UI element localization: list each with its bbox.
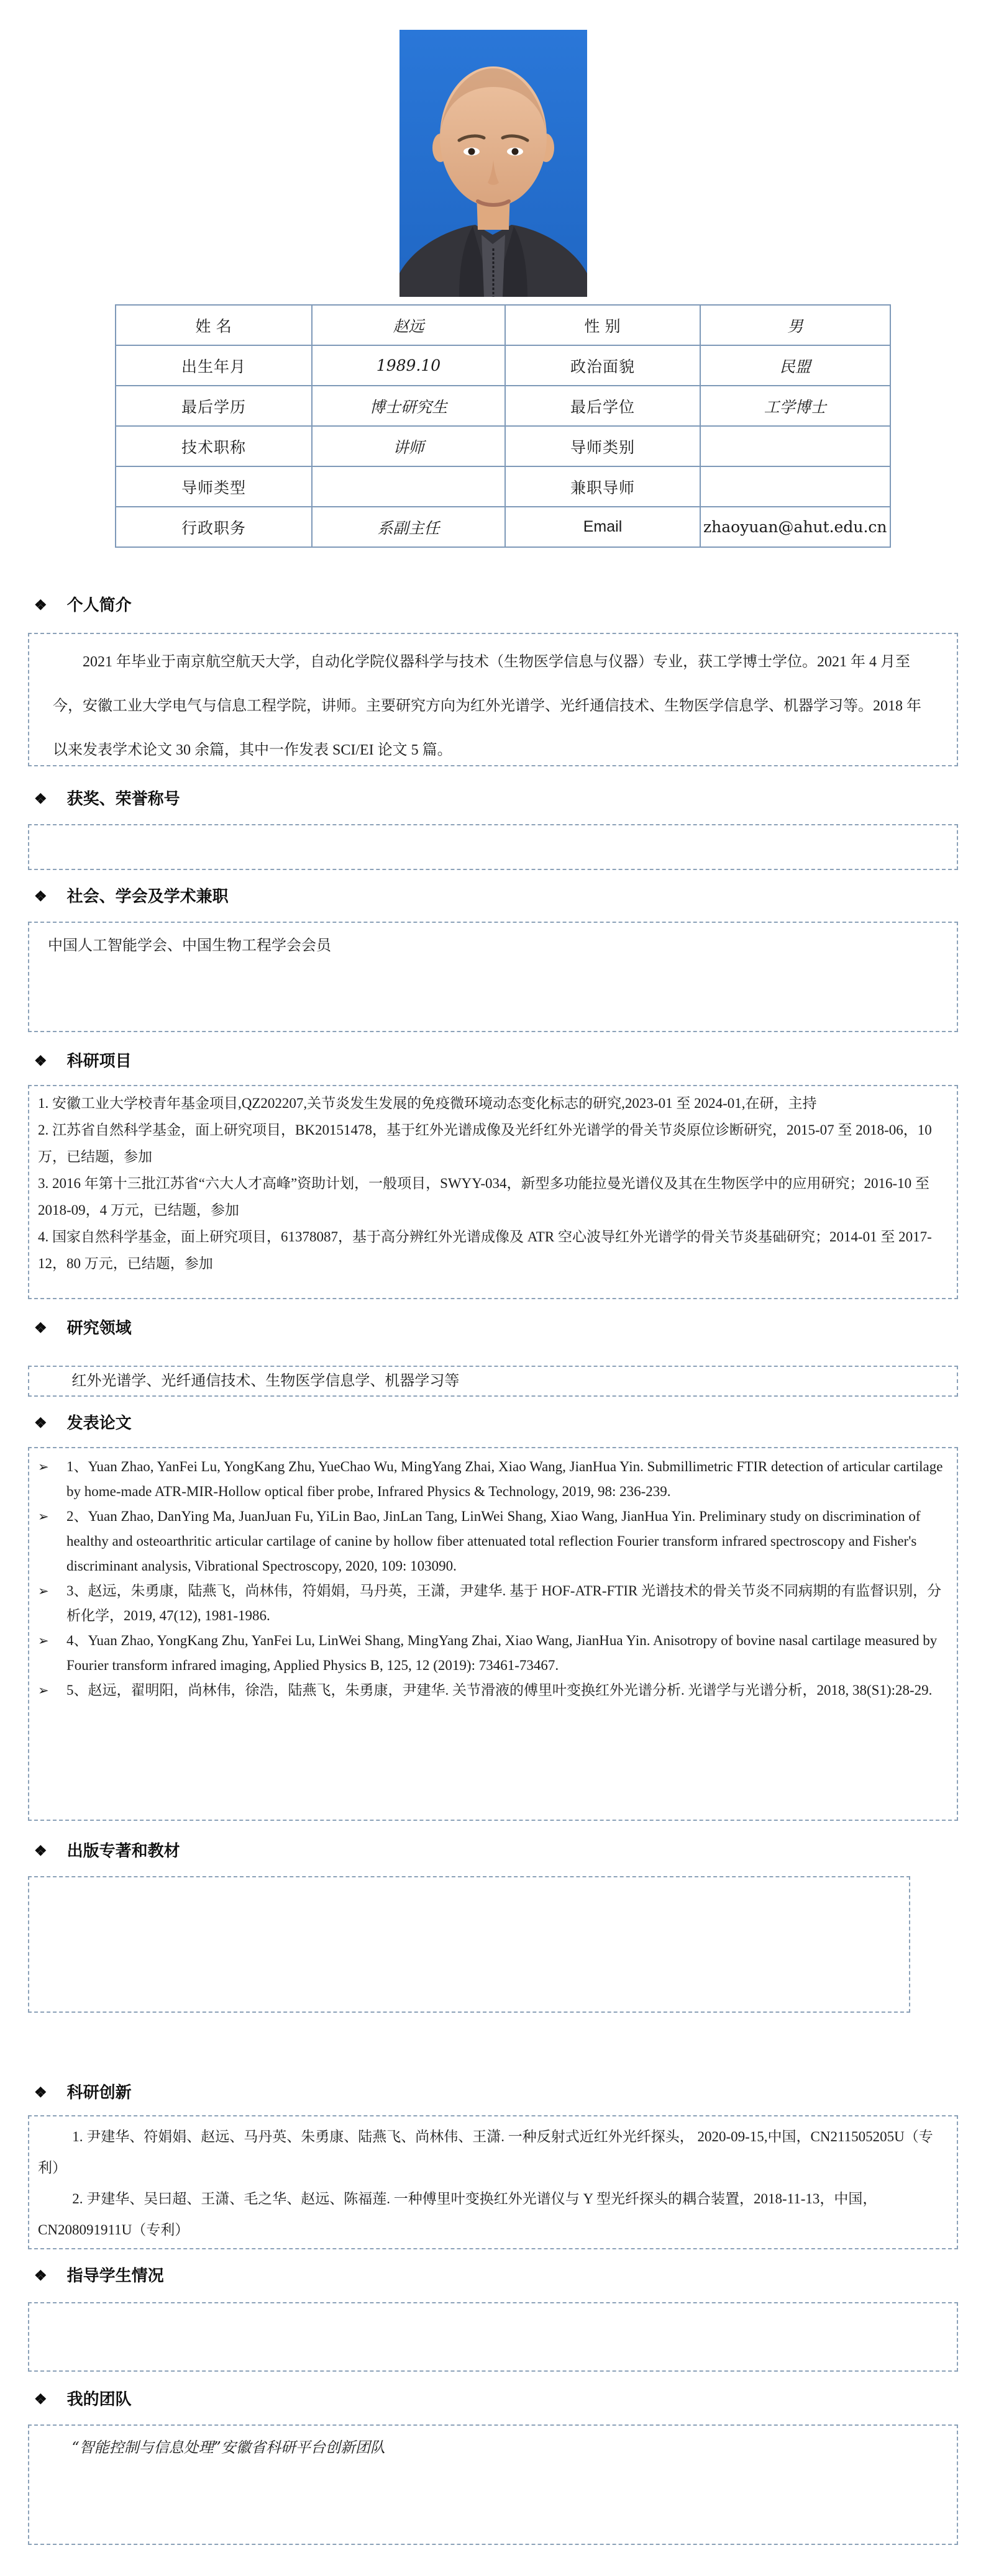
section-box-awards xyxy=(28,824,958,870)
section-title: 科研创新 xyxy=(67,2082,132,2103)
section-box-projects: 1. 安徽工业大学校青年基金项目,QZ202207,关节炎发生发展的免疫微环境动… xyxy=(28,1085,958,1299)
section-box-research-areas: 红外光谱学、光纤通信技术、生物医学信息学、机器学习等 xyxy=(28,1366,958,1397)
field-value xyxy=(312,466,505,507)
diamond-bullet-icon: ❖ xyxy=(34,1318,47,1339)
field-label: 政治面貌 xyxy=(505,345,700,386)
patent-item: 2. 尹建华、吴曰超、王潇、毛之华、赵远、陈福莲. 一种傅里叶变换红外光谱仪与 … xyxy=(38,2184,948,2246)
section-header-team: ❖ 我的团队 xyxy=(34,2389,986,2411)
team-paragraph: “智能控制与信息处理”安徽省科研平台创新团队 xyxy=(48,2433,938,2462)
research-areas-paragraph: 红外光谱学、光纤通信技术、生物医学信息学、机器学习等 xyxy=(48,1367,938,1395)
section-title: 社会、学会及学术兼职 xyxy=(67,886,229,907)
section-header-innovation: ❖ 科研创新 xyxy=(34,2082,986,2104)
section-title: 获奖、荣誉称号 xyxy=(67,789,180,810)
diamond-bullet-icon: ❖ xyxy=(34,1841,47,1862)
publication-item: ➢ 1、Yuan Zhao, YanFei Lu, YongKang Zhu, … xyxy=(66,1454,948,1504)
section-header-publications: ❖ 发表论文 xyxy=(34,1413,986,1435)
patent-item: 1. 尹建华、符娟娟、赵远、马丹英、朱勇康、陆燕飞、尚林伟、王潇. 一种反射式近… xyxy=(38,2121,948,2184)
section-title: 发表论文 xyxy=(67,1413,132,1434)
field-value: 1989.10 xyxy=(312,345,505,386)
table-row: 技术职称 讲师 导师类别 xyxy=(116,426,890,466)
field-value xyxy=(700,466,890,507)
intro-paragraph: 2021 年毕业于南京航空航天大学，自动化学院仪器科学与技术（生物医学信息与仪器… xyxy=(53,640,933,766)
publication-list: ➢ 1、Yuan Zhao, YanFei Lu, YongKang Zhu, … xyxy=(38,1454,948,1703)
section-title: 研究领域 xyxy=(67,1318,132,1339)
field-label: 技术职称 xyxy=(116,426,312,466)
diamond-bullet-icon: ❖ xyxy=(34,595,47,616)
section-box-publications: ➢ 1、Yuan Zhao, YanFei Lu, YongKang Zhu, … xyxy=(28,1447,958,1821)
table-row: 出生年月 1989.10 政治面貌 民盟 xyxy=(116,345,890,386)
section-title: 指导学生情况 xyxy=(67,2265,164,2287)
table-row: 行政职务 系副主任 Email zhaoyuan@ahut.edu.cn xyxy=(116,507,890,547)
field-value: 系副主任 xyxy=(312,507,505,547)
section-header-books: ❖ 出版专著和教材 xyxy=(34,1841,986,1862)
project-item: 4. 国家自然科学基金，面上研究项目，61378087，基于高分辨红外光谱成像及… xyxy=(38,1223,948,1277)
field-label: 性 别 xyxy=(505,305,700,345)
diamond-bullet-icon: ❖ xyxy=(34,789,47,810)
diamond-bullet-icon: ❖ xyxy=(34,2265,47,2287)
section-header-memberships: ❖ 社会、学会及学术兼职 xyxy=(34,886,986,908)
membership-paragraph: 中国人工智能学会、中国生物工程学会会员 xyxy=(48,933,938,959)
arrow-bullet-icon: ➢ xyxy=(38,1628,49,1653)
field-value: 博士研究生 xyxy=(312,386,505,426)
diamond-bullet-icon: ❖ xyxy=(34,886,47,907)
section-title: 出版专著和教材 xyxy=(67,1841,180,1862)
field-label: 行政职务 xyxy=(116,507,312,547)
section-header-awards: ❖ 获奖、荣誉称号 xyxy=(34,789,986,810)
publication-text: 3、赵远，朱勇康，陆燕飞，尚林伟，符娟娟，马丹英，王潇，尹建华. 基于 HOF-… xyxy=(66,1583,941,1623)
publication-text: 4、Yuan Zhao, YongKang Zhu, YanFei Lu, Li… xyxy=(66,1633,937,1673)
field-value: 讲师 xyxy=(312,426,505,466)
section-box-books xyxy=(28,1876,910,2013)
field-label: 姓 名 xyxy=(116,305,312,345)
portrait-photo xyxy=(399,30,587,297)
project-item: 3. 2016 年第十三批江苏省“六大人才高峰”资助计划，一般项目，SWYY-0… xyxy=(38,1170,948,1223)
publication-item: ➢ 3、赵远，朱勇康，陆燕飞，尚林伟，符娟娟，马丹英，王潇，尹建华. 基于 HO… xyxy=(66,1579,948,1628)
field-label: 兼职导师 xyxy=(505,466,700,507)
section-box-students xyxy=(28,2302,958,2372)
diamond-bullet-icon: ❖ xyxy=(34,1413,47,1434)
email-value: zhaoyuan@ahut.edu.cn xyxy=(700,507,890,547)
field-value: 民盟 xyxy=(700,345,890,386)
publication-item: ➢ 2、Yuan Zhao, DanYing Ma, JuanJuan Fu, … xyxy=(66,1504,948,1579)
field-value xyxy=(700,426,890,466)
arrow-bullet-icon: ➢ xyxy=(38,1579,49,1603)
field-value: 男 xyxy=(700,305,890,345)
section-box-memberships: 中国人工智能学会、中国生物工程学会会员 xyxy=(28,922,958,1032)
email-label: Email xyxy=(505,507,700,547)
arrow-bullet-icon: ➢ xyxy=(38,1454,49,1479)
section-header-students: ❖ 指导学生情况 xyxy=(34,2265,986,2287)
project-item: 2. 江苏省自然科学基金，面上研究项目，BK20151478，基于红外光谱成像及… xyxy=(38,1117,948,1170)
section-box-intro: 2021 年毕业于南京航空航天大学，自动化学院仪器科学与技术（生物医学信息与仪器… xyxy=(28,633,958,766)
section-title: 个人简介 xyxy=(67,595,132,616)
diamond-bullet-icon: ❖ xyxy=(34,2389,47,2410)
field-label: 最后学历 xyxy=(116,386,312,426)
field-label: 导师类型 xyxy=(116,466,312,507)
publication-text: 5、赵远，翟明阳，尚林伟，徐浩，陆燕飞，朱勇康，尹建华. 关节滑液的傅里叶变换红… xyxy=(66,1682,932,1698)
publication-text: 2、Yuan Zhao, DanYing Ma, JuanJuan Fu, Yi… xyxy=(66,1508,921,1574)
publication-item: ➢ 5、赵远，翟明阳，尚林伟，徐浩，陆燕飞，朱勇康，尹建华. 关节滑液的傅里叶变… xyxy=(66,1678,948,1703)
section-header-projects: ❖ 科研项目 xyxy=(34,1051,986,1073)
arrow-bullet-icon: ➢ xyxy=(38,1504,49,1529)
section-title: 科研项目 xyxy=(67,1051,132,1072)
table-row: 姓 名 赵远 性 别 男 xyxy=(116,305,890,345)
publication-item: ➢ 4、Yuan Zhao, YongKang Zhu, YanFei Lu, … xyxy=(66,1628,948,1678)
field-label: 最后学位 xyxy=(505,386,700,426)
info-table: 姓 名 赵远 性 别 男 出生年月 1989.10 政治面貌 民盟 最后学历 博… xyxy=(115,304,891,548)
diamond-bullet-icon: ❖ xyxy=(34,2082,47,2103)
table-row: 最后学历 博士研究生 最后学位 工学博士 xyxy=(116,386,890,426)
field-value: 工学博士 xyxy=(700,386,890,426)
project-item: 1. 安徽工业大学校青年基金项目,QZ202207,关节炎发生发展的免疫微环境动… xyxy=(38,1090,948,1117)
diamond-bullet-icon: ❖ xyxy=(34,1051,47,1072)
publication-text: 1、Yuan Zhao, YanFei Lu, YongKang Zhu, Yu… xyxy=(66,1459,943,1499)
arrow-bullet-icon: ➢ xyxy=(38,1678,49,1703)
field-value: 赵远 xyxy=(312,305,505,345)
section-box-innovation: 1. 尹建华、符娟娟、赵远、马丹英、朱勇康、陆燕飞、尚林伟、王潇. 一种反射式近… xyxy=(28,2115,958,2249)
section-box-team: “智能控制与信息处理”安徽省科研平台创新团队 xyxy=(28,2424,958,2545)
section-title: 我的团队 xyxy=(67,2389,132,2410)
section-header-intro: ❖ 个人简介 xyxy=(34,595,986,617)
section-header-research-areas: ❖ 研究领域 xyxy=(34,1318,986,1340)
profile-page: 姓 名 赵远 性 别 男 出生年月 1989.10 政治面貌 民盟 最后学历 博… xyxy=(0,0,986,2576)
field-label: 出生年月 xyxy=(116,345,312,386)
field-label: 导师类别 xyxy=(505,426,700,466)
table-row: 导师类型 兼职导师 xyxy=(116,466,890,507)
